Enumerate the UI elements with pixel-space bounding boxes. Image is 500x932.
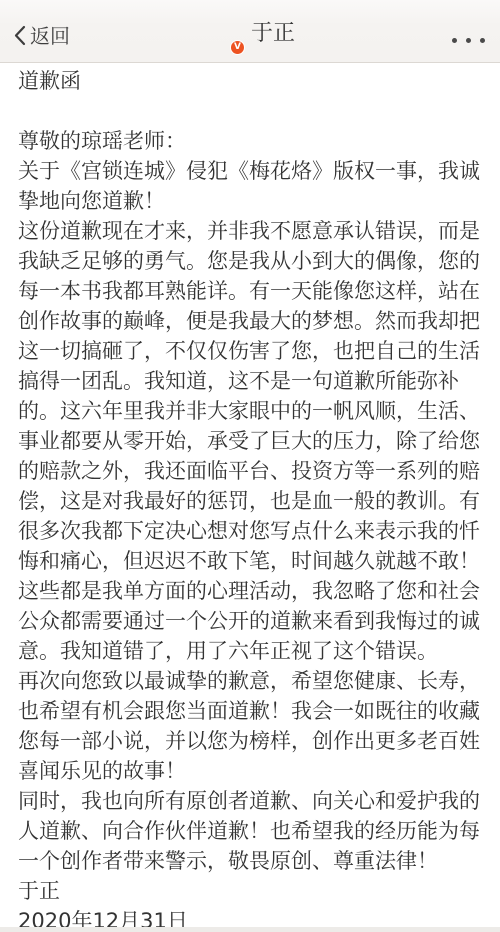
- dot-icon: [452, 38, 457, 43]
- post-paragraph: 关于《宫锁连城》侵犯《梅花烙》版权一事，我诚挚地向您道歉！: [18, 156, 482, 216]
- verified-badge-icon: V: [230, 40, 245, 55]
- chevron-left-icon: [13, 25, 26, 46]
- post-paragraph: 这些都是我单方面的心理活动，我忽略了您和社会公众都需要通过一个公开的道歉来看到我…: [18, 576, 482, 666]
- post-paragraph: 这份道歉现在才来，并非我不愿意承认错误，而是我缺乏足够的勇气。您是我从小到大的偶…: [18, 216, 482, 576]
- post-paragraph: 尊敬的琼瑶老师：: [18, 126, 482, 156]
- avatar-wrap: V: [205, 15, 242, 52]
- back-button-label: 返回: [30, 26, 70, 46]
- post-signature: 于正: [18, 876, 482, 906]
- weibo-post-page: 返回 V 于正 道歉函 尊敬的琼瑶老师： 关于《宫锁连城》侵犯《梅花烙》版权一事…: [0, 0, 500, 932]
- post-content: 道歉函 尊敬的琼瑶老师： 关于《宫锁连城》侵犯《梅花烙》版权一事，我诚挚地向您道…: [0, 63, 500, 932]
- post-paragraph: 再次向您致以最诚挚的歉意，希望您健康、长寿，也希望有机会跟您当面道歉！我会一如既…: [18, 666, 482, 786]
- more-menu-button[interactable]: [452, 34, 485, 47]
- back-button[interactable]: 返回: [13, 25, 70, 46]
- navbar: 返回 V 于正: [0, 0, 500, 63]
- post-paragraph: 同时，我也向所有原创者道歉、向关心和爱护我的人道歉、向合作伙伴道歉！也希望我的经…: [18, 786, 482, 876]
- post-title: 道歉函: [18, 66, 482, 96]
- profile-header[interactable]: V 于正: [205, 15, 295, 52]
- blank-line: [18, 96, 482, 126]
- user-name[interactable]: 于正: [251, 23, 295, 45]
- dot-icon: [480, 38, 485, 43]
- bottom-divider: [0, 927, 500, 932]
- dot-icon: [466, 38, 471, 43]
